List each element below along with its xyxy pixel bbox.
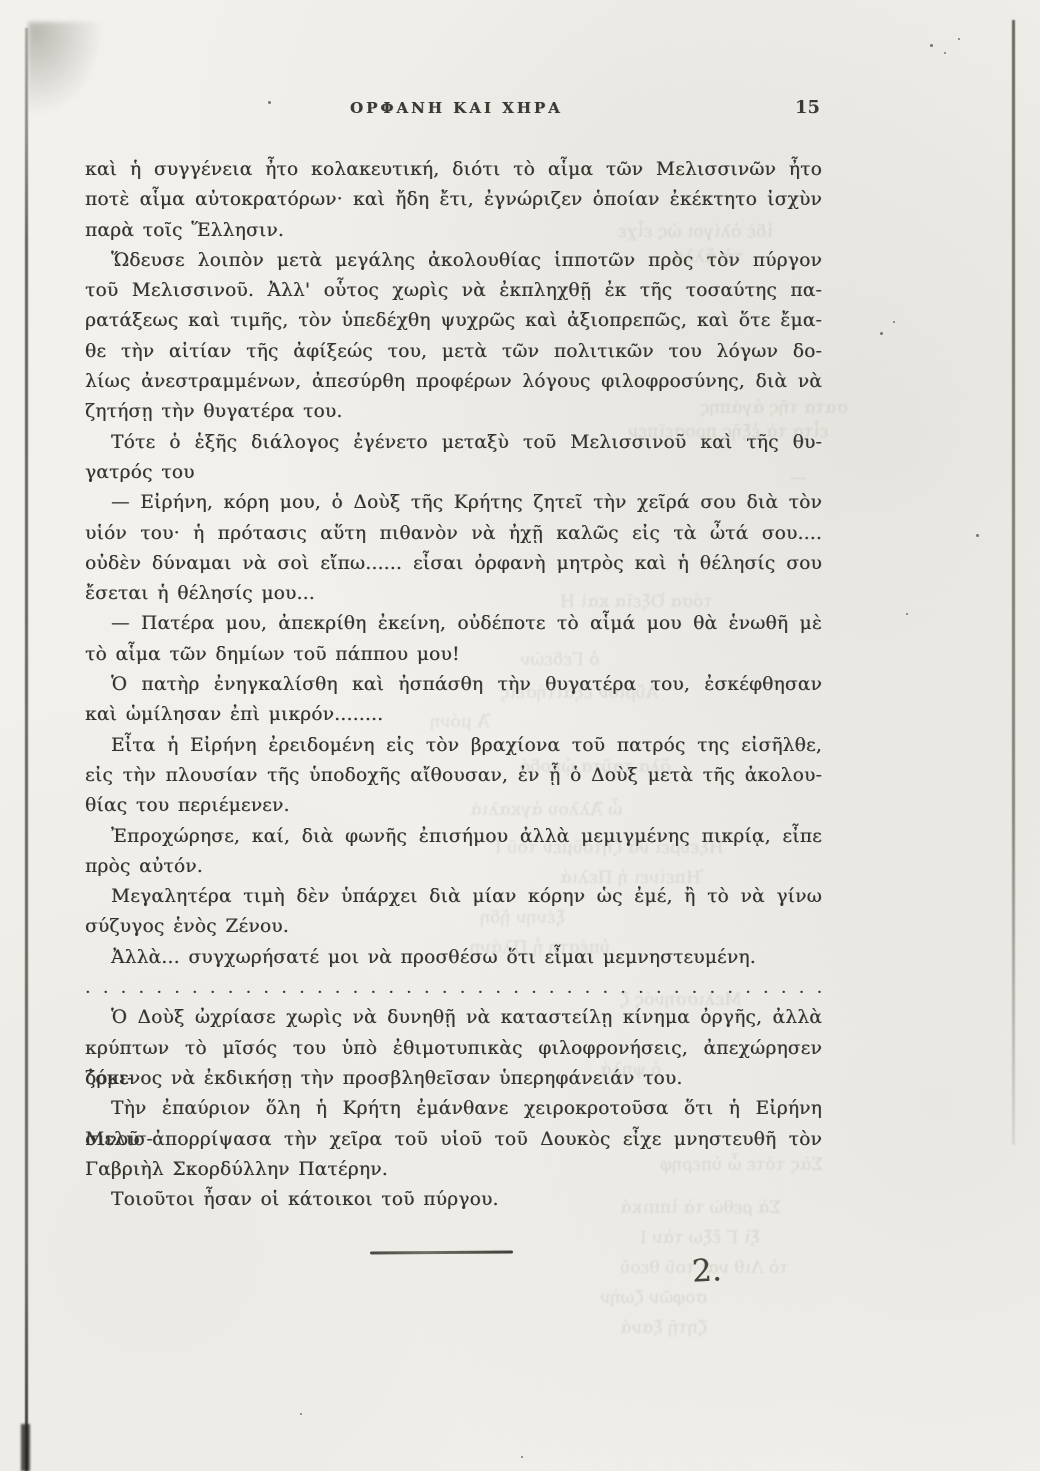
- text-line: θε τὴν αἰτίαν τῆς ἀφίξεώς του, μετὰ τῶν …: [85, 337, 822, 367]
- text-line: Τὴν ἐπαύριον ὅλη ἡ Κρήτη ἐμάνθανε χειροκ…: [85, 1094, 822, 1124]
- text-line: κρύπτων τὸ μῖσός του ὑπὸ ἐθιμοτυπικὰς φι…: [85, 1034, 822, 1064]
- ghost-text-fragment: ἰδὲ ὀλίγοι ὡς εἶχε: [618, 222, 773, 242]
- ghost-text-fragment: —: [790, 468, 807, 488]
- ink-speck: [521, 1456, 523, 1458]
- text-line: τὸ αἷμα τῶν δημίων τοῦ πάππου μου!: [85, 640, 822, 670]
- ghost-text-fragment: σατα τῆς ἀγάπης: [700, 398, 848, 418]
- text-line: θίας του περιέμενεν.: [85, 791, 822, 821]
- ghost-text-fragment: τὸ Λιθ ναὶ τοῦ θεοῦ: [620, 1258, 789, 1278]
- ink-speck: [958, 38, 960, 40]
- ghost-text-fragment: ζητῇ ξανά: [620, 1318, 707, 1338]
- text-line: οὐδὲν δύναμαι νὰ σοὶ εἴπω...... εἶσαι ὀρ…: [85, 549, 822, 579]
- text-line: ποτὲ αἷμα αὐτοκρατόρων· καὶ ἤδη ἔτι, ἐγν…: [85, 185, 822, 215]
- ghost-text-fragment: ὑπέστη ᾗ Πλάνη: [470, 938, 610, 958]
- ghost-text-fragment: Σὰς τότε ὦ ὑπερηφ: [660, 1155, 823, 1175]
- ghost-text-fragment: ξὶ Γ ἔξω τὰν Ι: [640, 1228, 760, 1248]
- text-line: Ὁ πατὴρ ἐνηγκαλίσθη καὶ ἠσπάσθη τὴν θυγα…: [85, 670, 822, 700]
- ghost-text-fragment: ὦ Ἄλλου ἀγκαλιά: [470, 800, 622, 820]
- page-scan: { "page": { "header": { "title": "ΟΡΦΑΝΗ…: [0, 0, 1040, 1471]
- text-line: σύζυγος ἑνὸς Ζένου.: [85, 912, 822, 942]
- text-line: — Εἰρήνη, κόρη μου, ὁ Δοὺξ τῆς Κρήτης ζη…: [85, 488, 822, 518]
- ink-speck: [976, 534, 979, 537]
- scan-edge-mark: [21, 1424, 30, 1471]
- page-edge-left: [25, 28, 28, 1471]
- ghost-text-fragment: Σὰ ρεθὼ τὰ ἱππικά: [620, 1198, 781, 1218]
- ink-speck: [930, 44, 933, 47]
- text-line: ρατάξεως καὶ τιμῆς, τὸν ὑπεδέχθη ψυχρῶς …: [85, 306, 822, 336]
- text-line: εἰς τὴν πλουσίαν τῆς ὑποδοχῆς αἴθουσαν, …: [85, 761, 822, 791]
- section-rule: [370, 1251, 513, 1255]
- ghost-text-fragment: σοφῶν ζωὴν: [600, 1288, 707, 1308]
- ghost-text-fragment: Αὔριον ἐξαιτήσεις: [500, 683, 658, 703]
- ink-speck: [880, 332, 883, 335]
- page-edge-right: [1012, 20, 1015, 1145]
- ink-speck: [268, 101, 271, 104]
- page-title: ΟΡΦΑΝΗ ΚΑΙ ΧΗΡΑ: [350, 99, 563, 117]
- text-line: λίως ἀνεστραμμένων, ἀπεσύρθη προφέρων λό…: [85, 367, 822, 397]
- text-line: σινοῦ ἀπορρίψασα τὴν χεῖρα τοῦ υἱοῦ τοῦ …: [85, 1125, 822, 1155]
- page-number: 15: [795, 97, 820, 118]
- ghost-text-fragment: Ἠπείνει ἡ Πελιά: [560, 868, 703, 888]
- body-text: καὶ ἡ συγγένεια ἦτο κολακευτική, διότι τ…: [85, 155, 822, 1215]
- ghost-text-fragment: εἶτα τὰ ἑξῆς προσεῖπεν: [628, 422, 828, 442]
- text-line: Ἀλλὰ... συγχωρήσατέ μοι νὰ προσθέσω ὅτι …: [85, 943, 822, 973]
- ink-speck: [300, 1413, 302, 1415]
- ghost-text-fragment: ὁ ψηλά: [600, 1060, 661, 1080]
- ghost-text-fragment: Ἄ μόνη: [430, 712, 490, 732]
- ink-speck: [906, 613, 908, 615]
- ghost-text-fragment: Μελισσηνός ζ: [620, 990, 742, 1010]
- text-line: υἱόν του· ἡ πρότασις αὕτη πιθανὸν νὰ ἠχῇ…: [85, 519, 822, 549]
- text-line: — Πατέρα μου, ἀπεκρίθη ἐκείνη, οὐδέποτε …: [85, 609, 822, 639]
- text-line: Μεγαλητέρα τιμὴ δὲν ὑπάρχει διὰ μίαν κόρ…: [85, 882, 822, 912]
- text-line: Εἶτα ἡ Εἰρήνη ἐρειδομένη εἰς τὸν βραχίον…: [85, 731, 822, 761]
- text-line: καὶ ἡ συγγένεια ἦτο κολακευτική, διότι τ…: [85, 155, 822, 185]
- ghost-text-fragment: τόσα Ὀξεῖα καὶ Η: [560, 592, 713, 612]
- ghost-text-fragment: ξένην ᾔδη: [480, 908, 565, 928]
- text-line: τοῦ Μελισσινοῦ. Ἀλλ' οὗτος χωρὶς νὰ ἐκπλ…: [85, 276, 822, 306]
- text-line: ζόμενος νὰ ἐκδικήσῃ τὴν προσβληθεῖσαν ὑπ…: [85, 1064, 822, 1094]
- ink-speck: [893, 321, 895, 323]
- ghost-text-fragment: τὰ ἄλλα: [672, 247, 743, 267]
- ghost-text-fragment: ὁ Γεδεὼν: [520, 650, 599, 670]
- ink-speck: [944, 52, 946, 54]
- ghost-text-fragment: ὅλα ταῦτα ᾠκοδό: [520, 757, 671, 777]
- text-line: γατρός του: [85, 458, 822, 488]
- scan-smudge: [28, 22, 108, 122]
- ghost-text-fragment: Ἠξεύρει νὰ ζητοῦμεν τοῦ Γ: [490, 838, 726, 858]
